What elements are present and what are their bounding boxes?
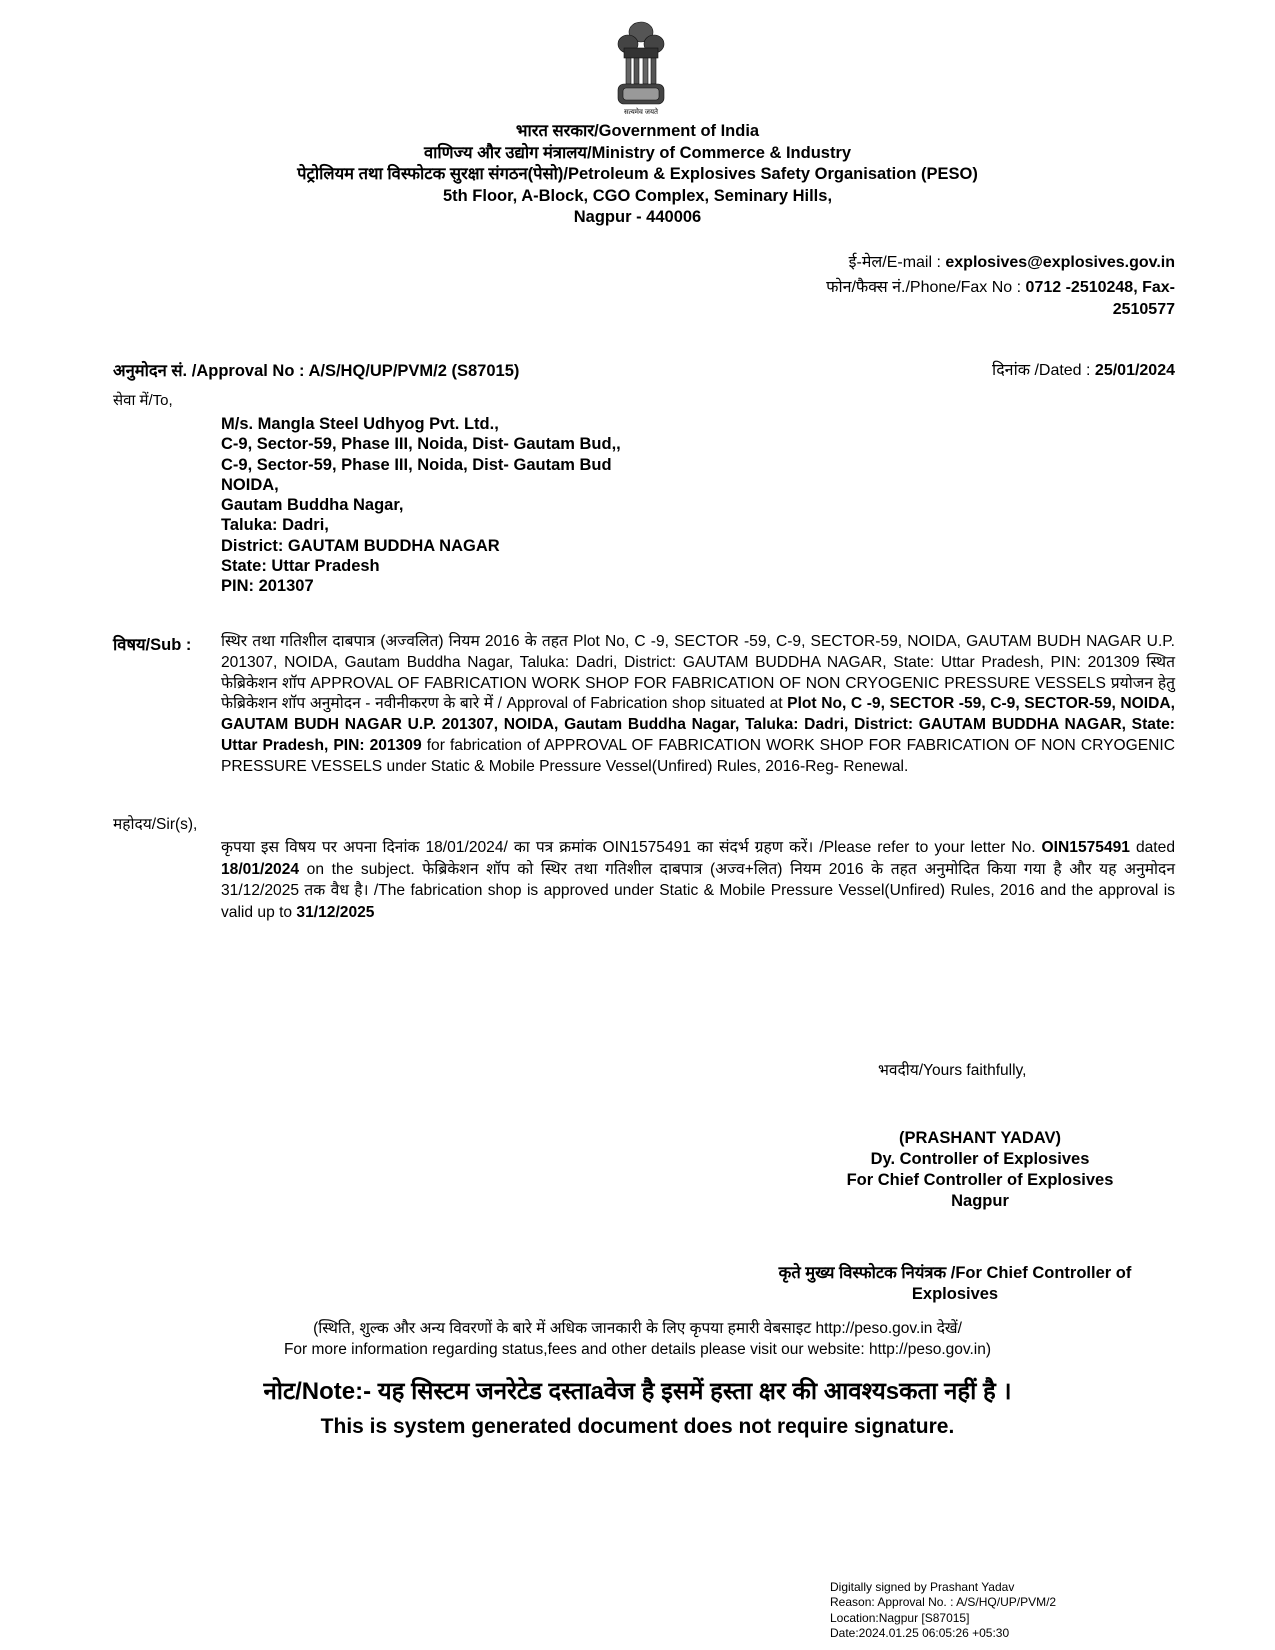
organisation-name: पेट्रोलियम तथा विस्फोटक सुरक्षा संगठन(पे… [0, 164, 1275, 186]
digsig-date: Date:2024.01.25 06:05:26 +05:30 [830, 1626, 1056, 1641]
approval-label: /Approval No : [187, 362, 308, 380]
approval-number-line: अनुमोदन सं. /Approval No : A/S/HQ/UP/PVM… [113, 358, 519, 381]
dated-label: दिनांक /Dated : [992, 362, 1095, 379]
system-generated-note-hindi: नोट/Note:- यह सिस्टम जनरेटेड दस्ताaवेज ह… [0, 1374, 1275, 1407]
fax-number: 2510577 [826, 299, 1175, 321]
for-chief-line-1: कृते मुख्य विस्फोटक नियंत्रक /For Chief … [735, 1263, 1175, 1284]
office-address: 5th Floor, A-Block, CGO Complex, Seminar… [0, 186, 1275, 208]
emblem-motto: सत्यमेव जयते [610, 108, 672, 117]
subject-label: विषय/Sub : [113, 632, 191, 655]
to-label: सेवा में/To, [113, 390, 173, 410]
address-line: Gautam Buddha Nagar, [221, 495, 621, 515]
digital-signature-block: Digitally signed by Prashant Yadav Reaso… [830, 1580, 1056, 1642]
for-chief-line-2: Explosives [735, 1284, 1175, 1305]
address-line: District: GAUTAM BUDDHA NAGAR [221, 536, 621, 556]
address-line: PIN: 201307 [221, 576, 621, 596]
valid-until-date: 31/12/2025 [296, 904, 374, 921]
state-emblem-of-india-icon [610, 18, 672, 116]
signatory-for-line: For Chief Controller of Explosives [780, 1170, 1180, 1191]
ministry-name: वाणिज्य और उद्योग मंत्रालय/Ministry of C… [0, 143, 1275, 165]
signatory-city: Nagpur [780, 1191, 1180, 1212]
address-line: C-9, Sector-59, Phase III, Noida, Dist- … [221, 434, 621, 454]
website-info-english: For more information regarding status,fe… [0, 1339, 1275, 1360]
approval-number: A/S/HQ/UP/PVM/2 (S87015) [308, 362, 519, 380]
government-name: भारत सरकार/Government of India [0, 121, 1275, 143]
office-city: Nagpur - 440006 [0, 207, 1275, 229]
reference-letter-date: 18/01/2024 [221, 861, 299, 878]
digsig-location: Location:Nagpur [S87015] [830, 1611, 1056, 1626]
subject-text: स्थिर तथा गतिशील दाबपात्र (अज्वलित) नियम… [221, 632, 1175, 778]
address-line: State: Uttar Pradesh [221, 556, 621, 576]
signatory-block: (PRASHANT YADAV) Dy. Controller of Explo… [780, 1128, 1180, 1212]
address-line: M/s. Mangla Steel Udhyog Pvt. Ltd., [221, 414, 621, 434]
website-info-hindi: (स्थिति, शुल्क और अन्य विवरणों के बारे म… [0, 1318, 1275, 1339]
body-part-2: dated [1130, 839, 1175, 856]
recipient-address: M/s. Mangla Steel Udhyog Pvt. Ltd.,C-9, … [221, 414, 621, 597]
letterhead: भारत सरकार/Government of India वाणिज्य औ… [0, 121, 1275, 229]
signatory-designation: Dy. Controller of Explosives [780, 1149, 1180, 1170]
letter-body: कृपया इस विषय पर अपना दिनांक 18/01/2024/… [221, 837, 1175, 923]
approval-label-hindi: अनुमोदन सं. [113, 362, 187, 380]
signatory-name: (PRASHANT YADAV) [780, 1128, 1180, 1149]
digsig-reason: Reason: Approval No. : A/S/HQ/UP/PVM/2 [830, 1595, 1056, 1610]
dated-value: 25/01/2024 [1095, 362, 1175, 379]
dated-line: दिनांक /Dated : 25/01/2024 [992, 358, 1175, 380]
email-label: ई-मेल/E-mail : [849, 254, 946, 271]
address-line: Taluka: Dadri, [221, 515, 621, 535]
contact-block: ई-मेल/E-mail : explosives@explosives.gov… [826, 252, 1175, 321]
body-part-1: कृपया इस विषय पर अपना दिनांक 18/01/2024/… [221, 839, 1042, 856]
phone-number: 0712 -2510248, Fax- [1026, 279, 1175, 296]
website-info: (स्थिति, शुल्क और अन्य विवरणों के बारे म… [0, 1318, 1275, 1360]
system-generated-note-english: This is system generated document does n… [0, 1415, 1275, 1439]
for-chief-controller: कृते मुख्य विस्फोटक नियंत्रक /For Chief … [735, 1263, 1175, 1305]
email-address[interactable]: explosives@explosives.gov.in [945, 254, 1175, 271]
address-line: NOIDA, [221, 475, 621, 495]
reference-letter-number: OIN1575491 [1042, 839, 1130, 856]
yours-faithfully: भवदीय/Yours faithfully, [878, 1058, 1026, 1080]
address-line: C-9, Sector-59, Phase III, Noida, Dist- … [221, 455, 621, 475]
digsig-signer: Digitally signed by Prashant Yadav [830, 1580, 1056, 1595]
phone-label: फोन/फैक्स नं./Phone/Fax No : [826, 279, 1025, 296]
salutation: महोदय/Sir(s), [113, 812, 197, 834]
